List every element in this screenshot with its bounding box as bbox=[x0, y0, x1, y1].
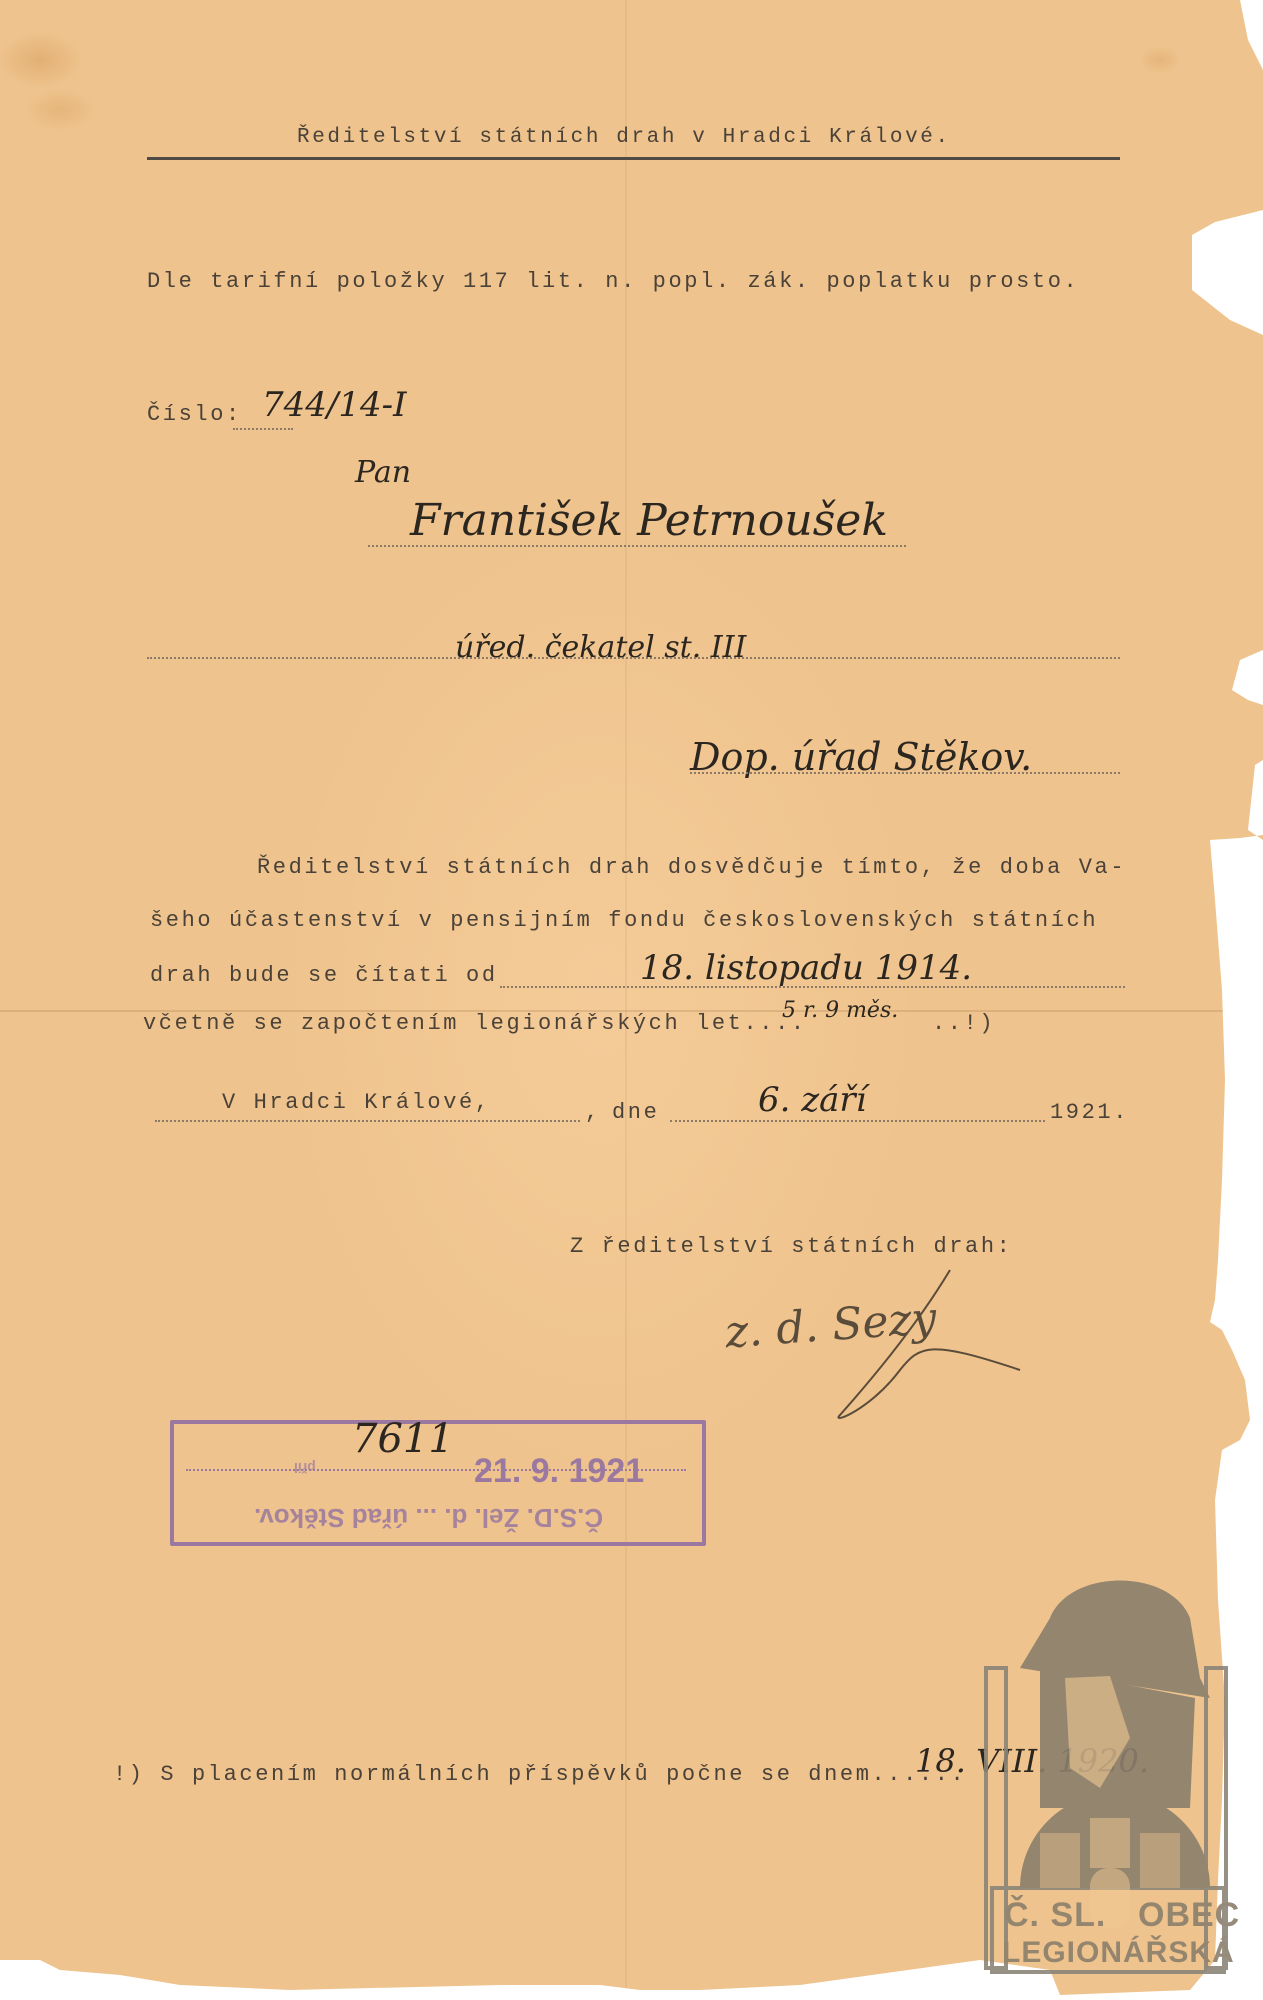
watermark-line-1-left: Č. SL. bbox=[1004, 1896, 1106, 1935]
year: 1921. bbox=[1050, 1100, 1129, 1125]
stamp-date: 21. 9. 1921 bbox=[474, 1452, 644, 1491]
body-line-2: šeho účastenství v pensijním fondu česko… bbox=[150, 908, 1098, 933]
registry-stamp: 7611 přil 21. 9. 1921 Č.S.D. Žel. d. ...… bbox=[170, 1420, 706, 1546]
recipient-title-line bbox=[147, 657, 1120, 659]
signature-flourish bbox=[720, 1250, 1040, 1430]
legion-years-value: 5 r. 9 měs. bbox=[782, 998, 898, 1023]
stamp-top-fragment: přil bbox=[294, 1460, 316, 1476]
fold-crease-vertical bbox=[625, 0, 627, 2000]
date-comma: , bbox=[585, 1100, 601, 1125]
recipient-name: František Petrnoušek bbox=[410, 495, 888, 546]
stamp-office-label: Č.S.D. Žel. d. ... úřad Stěkov. bbox=[254, 1502, 603, 1533]
place-line bbox=[155, 1120, 580, 1122]
date-value: 6. září bbox=[758, 1080, 867, 1120]
header-title: Ředitelství státních drah v Hradci Králo… bbox=[297, 126, 951, 149]
date-label: dne bbox=[612, 1100, 659, 1125]
header-rule bbox=[147, 157, 1120, 160]
number-label: Číslo: bbox=[147, 402, 242, 427]
legion-watermark-logo: Č. SL. OBEC LEGIONÁŘSKÁ bbox=[980, 1558, 1236, 1978]
body-line-1: Ředitelství státních drah dosvědčuje tím… bbox=[257, 855, 1126, 880]
salutation: Pan bbox=[355, 455, 411, 490]
recipient-title: úřed. čekatel st. III bbox=[455, 630, 746, 665]
start-date-value: 18. listopadu 1914. bbox=[640, 948, 972, 988]
body-line-4-suffix: ..!) bbox=[932, 1011, 995, 1036]
date-line bbox=[670, 1120, 1045, 1122]
number-dotted-line bbox=[233, 428, 293, 430]
watermark-line-2: LEGIONÁŘSKÁ bbox=[1002, 1936, 1235, 1970]
place: V Hradci Králové, bbox=[222, 1090, 491, 1115]
footnote-text: !) S placením normálních příspěvků počne… bbox=[113, 1762, 966, 1787]
watermark-line-1-right: OBEC bbox=[1138, 1896, 1240, 1935]
body-line-3-prefix: drah bude se čítati od bbox=[150, 963, 498, 988]
number-value: 744/14-I bbox=[262, 385, 407, 425]
recipient-office-line bbox=[690, 772, 1120, 774]
recipient-name-line bbox=[368, 545, 906, 547]
stamp-handwritten-number: 7611 bbox=[352, 1416, 454, 1462]
body-line-4-prefix: včetně se započtením legionářských let..… bbox=[143, 1011, 807, 1036]
fee-note: Dle tarifní položky 117 lit. n. popl. zá… bbox=[147, 269, 1079, 294]
